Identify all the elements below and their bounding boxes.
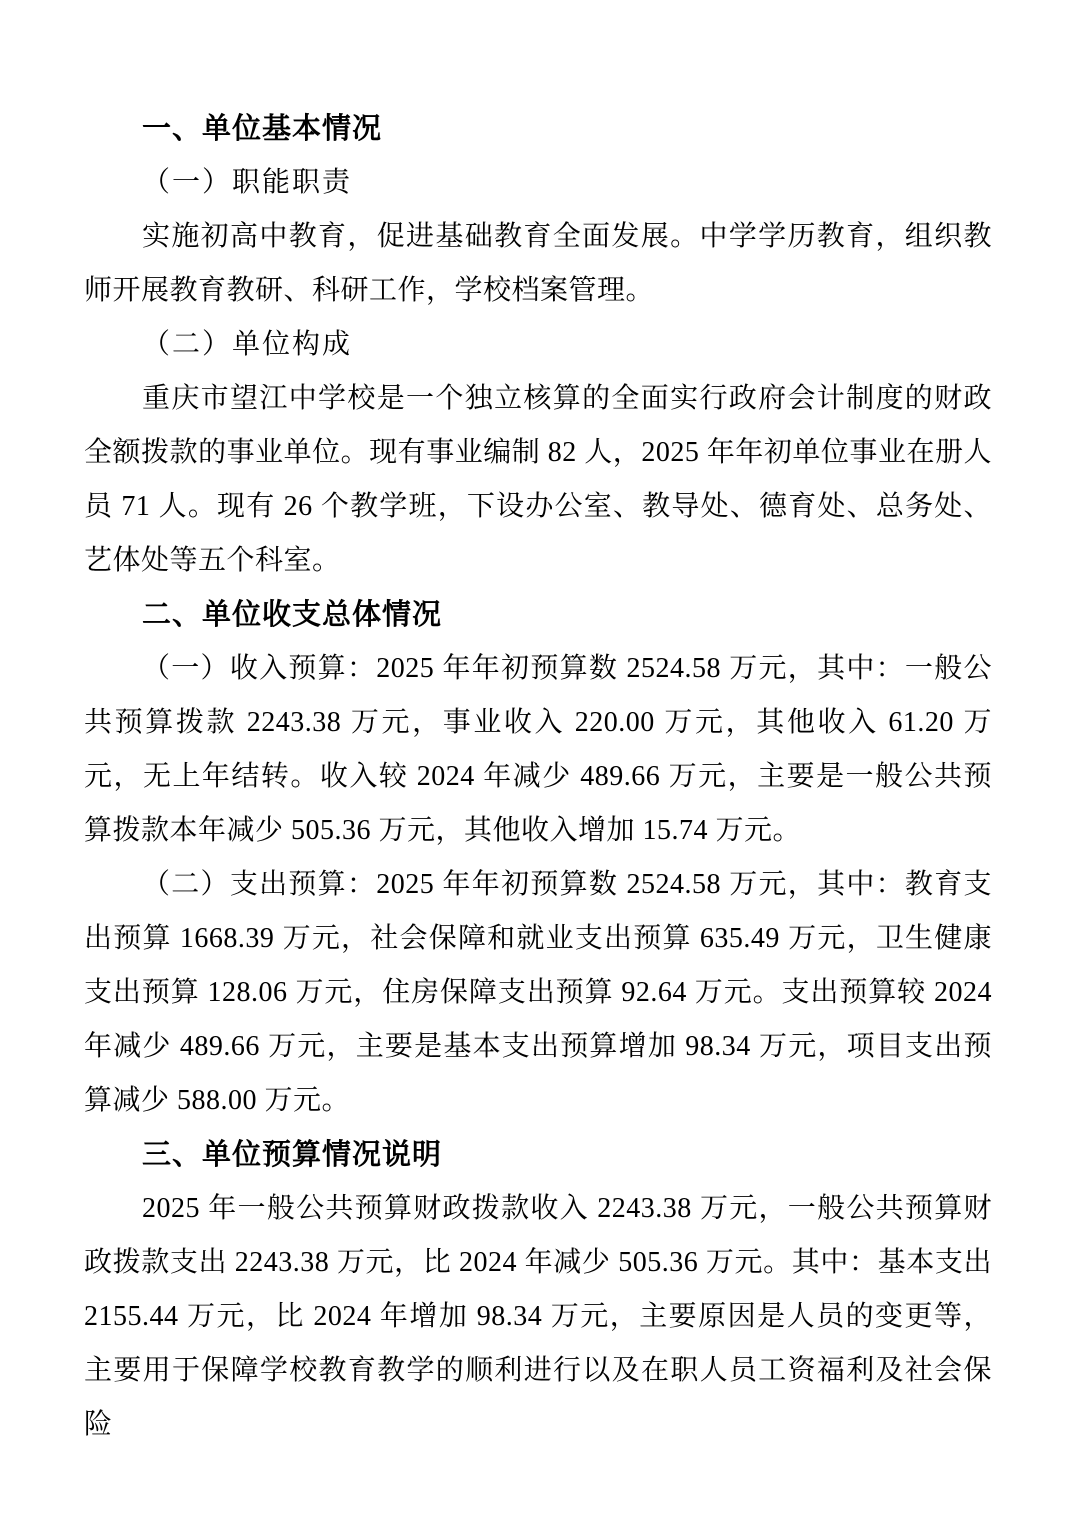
document-page: { "page": { "background_color": "#ffffff…: [0, 0, 1074, 1520]
subsection-heading-functions: （一）职能职责: [84, 156, 992, 210]
section-heading-budget-explanation: 三、单位预算情况说明: [84, 1128, 992, 1182]
paragraph-functions: 实施初高中教育，促进基础教育全面发展。中学学历教育，组织教师开展教育教研、科研工…: [84, 210, 992, 318]
paragraph-income-budget: （一）收入预算：2025 年年初预算数 2524.58 万元，其中：一般公共预算…: [84, 642, 992, 858]
section-heading-unit-basic-info: 一、单位基本情况: [84, 102, 992, 156]
paragraph-unit-composition: 重庆市望江中学校是一个独立核算的全面实行政府会计制度的财政全额拨款的事业单位。现…: [84, 372, 992, 588]
paragraph-budget-explanation: 2025 年一般公共预算财政拨款收入 2243.38 万元，一般公共预算财政拨款…: [84, 1182, 992, 1452]
section-heading-revenue-expenditure: 二、单位收支总体情况: [84, 588, 992, 642]
paragraph-expenditure-budget: （二）支出预算：2025 年年初预算数 2524.58 万元，其中：教育支出预算…: [84, 858, 992, 1128]
subsection-heading-unit-composition: （二）单位构成: [84, 318, 992, 372]
document-content: 一、单位基本情况 （一）职能职责 实施初高中教育，促进基础教育全面发展。中学学历…: [0, 0, 1074, 1520]
